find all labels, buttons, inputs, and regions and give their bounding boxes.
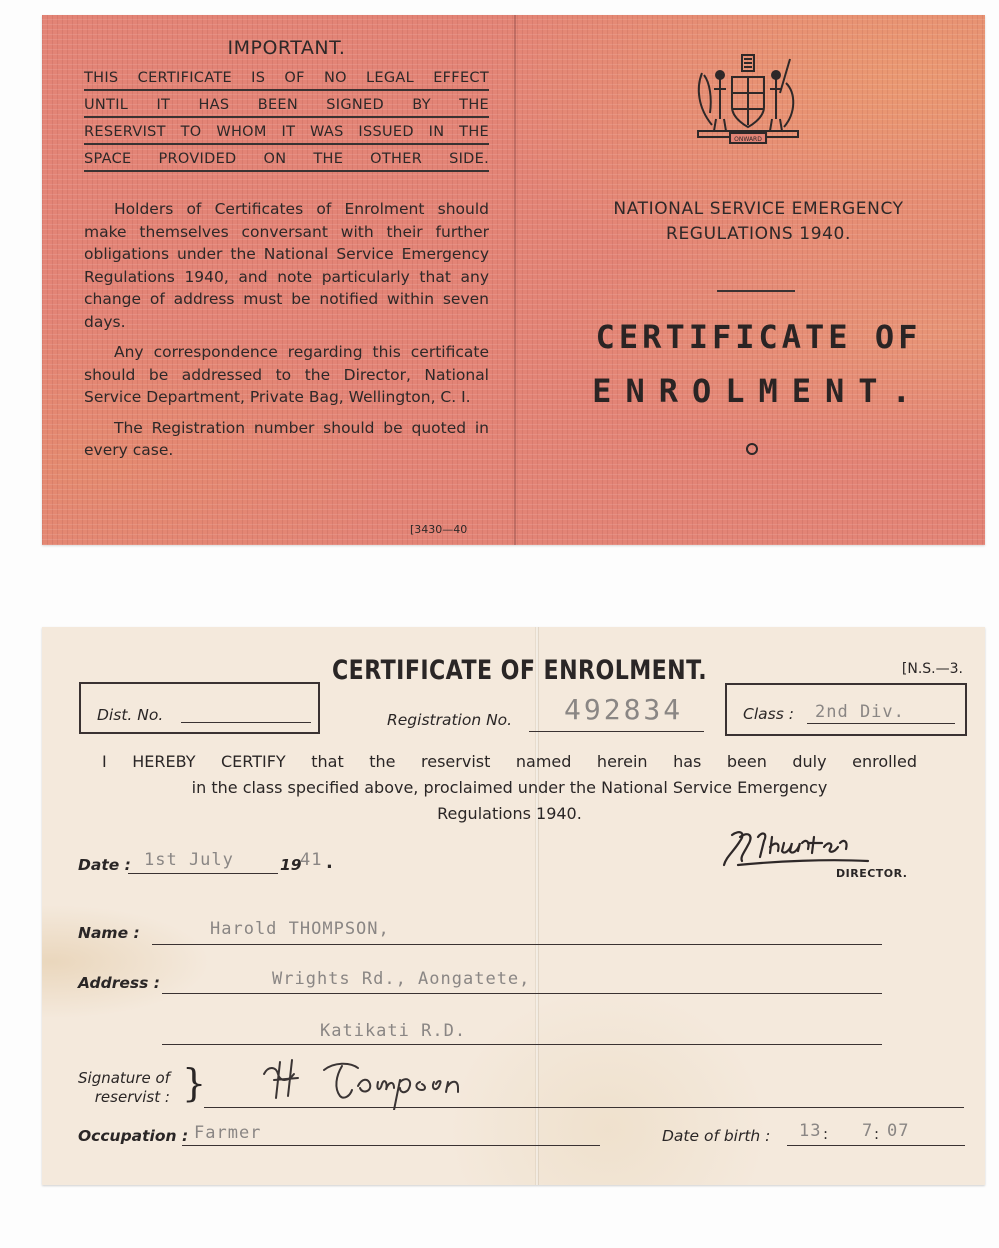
district-number-field[interactable] [181,722,311,723]
occupation-field[interactable] [182,1145,600,1146]
certificate-cover-pink: IMPORTANT. THIS CERTIFICATE IS OF NO LEG… [42,15,985,545]
date-of-birth-year: 07 [887,1121,909,1141]
warning-line: SPACE PROVIDED ON THE OTHER SIDE. [84,150,489,172]
certify-line-1: I HEREBY CERTIFY that the reservist name… [102,749,917,775]
certificate-title-line-2: ENROLMENT. [532,364,985,418]
brace-icon: } [182,1064,206,1102]
reservist-signature [254,1052,534,1110]
warning-line: RESERVIST TO WHOM IT WAS ISSUED IN THE [84,123,489,145]
certify-line-3: Regulations 1940. [102,801,917,827]
date-year-suffix: 41 [300,850,322,870]
address-line-1-field[interactable] [162,993,882,994]
certify-line-2: in the class specified above, proclaimed… [102,775,917,801]
district-number-box: Dist. No. [79,682,320,734]
date-field[interactable] [128,873,278,874]
cover-panel: ONWARD NATIONAL SERVICE EMERGENCY REGULA… [532,15,985,545]
registration-number-value: 492834 [564,693,683,726]
certificate-title-line-1: CERTIFICATE OF [532,310,985,364]
card-fold-line [535,627,539,1185]
important-notice-panel: IMPORTANT. THIS CERTIFICATE IS OF NO LEG… [84,37,489,462]
registration-number-label: Registration No. [387,711,512,729]
signature-field[interactable] [204,1107,964,1108]
address-line-1-value: Wrights Rd., Aongatete, [272,969,530,989]
district-number-label: Dist. No. [97,706,163,724]
date-of-birth-separator: : [874,1125,879,1143]
date-label: Date : [78,856,131,874]
date-value: 1st July [144,850,234,870]
svg-text:ONWARD: ONWARD [734,136,762,143]
certificate-inside-cream: CERTIFICATE OF ENROLMENT. [N.S.—3. Dist.… [42,627,985,1185]
card-fold-line [514,15,516,545]
certification-statement: I HEREBY CERTIFY that the reservist name… [102,749,917,827]
divider [717,290,795,292]
print-code: [3430—40 [410,523,467,536]
printer-union-mark-icon [746,443,758,455]
address-line-2-field[interactable] [162,1044,882,1045]
warning-line: THIS CERTIFICATE IS OF NO LEGAL EFFECT [84,69,489,91]
address-label: Address : [78,974,160,992]
occupation-value: Farmer [194,1123,261,1143]
class-value: 2nd Div. [815,702,905,722]
regulations-line-2: REGULATIONS 1940. [532,222,985,247]
class-label: Class : [743,705,794,723]
address-line-2-value: Katikati R.D. [320,1021,466,1041]
signature-label: Signature of reservist : [78,1069,170,1107]
new-zealand-coat-of-arms-icon: ONWARD [692,53,804,145]
date-of-birth-day: 13 [799,1121,821,1141]
date-of-birth-label: Date of birth : [662,1127,770,1145]
important-heading: IMPORTANT. [84,37,489,59]
correspondence-paragraph: Any correspondence regarding this certif… [84,341,489,409]
registration-number-field[interactable] [529,731,704,732]
occupation-label: Occupation : [78,1127,188,1145]
class-box: Class : 2nd Div. [725,683,967,736]
certificate-heading: CERTIFICATE OF ENROLMENT. [332,655,707,686]
date-year-prefix: 19 [280,856,302,874]
warning-line: UNTIL IT HAS BEEN SIGNED BY THE [84,96,489,118]
regulations-line-1: NATIONAL SERVICE EMERGENCY [532,197,985,222]
obligations-paragraph: Holders of Certificates of Enrolment sho… [84,198,489,333]
regulations-title: NATIONAL SERVICE EMERGENCY REGULATIONS 1… [532,197,985,247]
date-of-birth-separator: : [823,1125,828,1143]
certificate-title: CERTIFICATE OF ENROLMENT. [532,310,985,418]
director-title: DIRECTOR. [836,867,908,880]
registration-number-paragraph: The Registration number should be quoted… [84,417,489,462]
name-value: Harold THOMPSON, [210,919,390,939]
date-end-mark: . [326,852,333,873]
class-field[interactable] [807,723,955,724]
name-field[interactable] [152,944,882,945]
date-of-birth-month: 7 [862,1121,873,1141]
name-label: Name : [78,924,140,942]
date-of-birth-field[interactable] [787,1145,965,1146]
form-code: [N.S.—3. [902,661,963,677]
director-signature [718,827,888,872]
